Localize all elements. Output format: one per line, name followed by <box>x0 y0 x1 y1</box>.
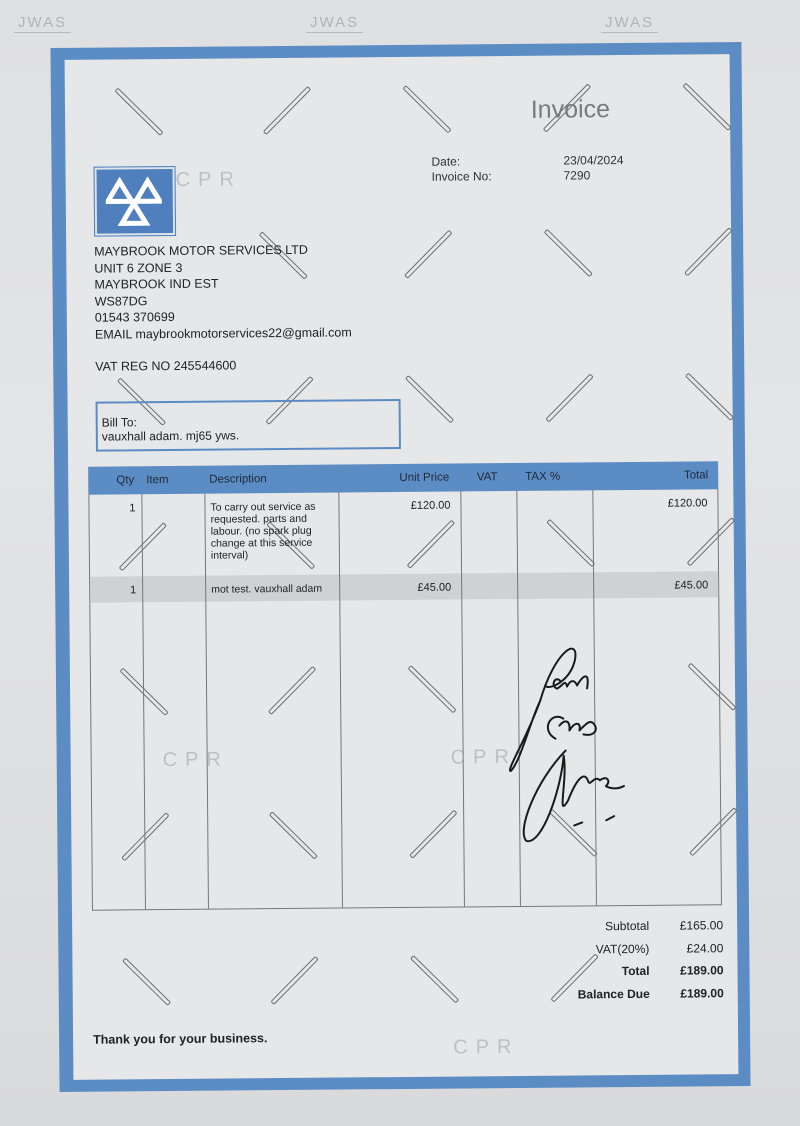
invoice-no-value: 7290 <box>564 168 591 183</box>
vat-label: VAT(20%) <box>596 942 660 957</box>
row-vat <box>460 499 517 573</box>
date-value: 23/04/2024 <box>563 153 623 169</box>
thank-you-message: Thank you for your business. <box>93 1031 267 1047</box>
total-value: £189.00 <box>659 963 723 978</box>
row-unit-price: £120.00 <box>338 499 461 574</box>
company-details: MAYBROOK MOTOR SERVICES LTD UNIT 6 ZONE … <box>94 241 352 342</box>
invoice-title: Invoice <box>531 95 610 125</box>
watermark-mark <box>404 230 452 279</box>
watermark-mark <box>114 88 163 136</box>
bill-to-box: Bill To: vauxhall adam. mj65 yws. <box>96 399 401 452</box>
invoice-no-label: Invoice No: <box>432 169 564 185</box>
watermark-mark <box>684 227 732 276</box>
watermark-mark <box>545 373 593 422</box>
table-row: 1 To carry out service as requested. par… <box>89 489 718 576</box>
balance-due-label: Balance Due <box>578 987 660 1002</box>
row-item <box>141 502 205 577</box>
watermark-mark <box>682 83 731 131</box>
column-header-tax: TAX % <box>515 470 591 483</box>
row-tax <box>516 498 593 573</box>
row-qty: 1 <box>89 502 142 576</box>
invoice-meta: Date: 23/04/2024 Invoice No: 7290 <box>431 153 623 185</box>
handwritten-paid-signature <box>495 630 637 851</box>
row-tax <box>517 580 593 593</box>
table-row: 1 mot test. vauxhall adam £45.00 £45.00 <box>90 571 718 602</box>
row-total: £120.00 <box>592 497 718 572</box>
watermark-logo: JWAS <box>310 14 359 31</box>
row-total: £45.00 <box>593 579 718 592</box>
column-header-vat: VAT <box>459 471 515 483</box>
watermark-logo: JWAS <box>18 14 67 31</box>
row-unit-price: £45.00 <box>339 581 461 594</box>
watermark-mark <box>402 85 451 133</box>
column-header-qty: Qty <box>88 474 140 486</box>
watermark-mark <box>685 373 734 421</box>
vat-value: £24.00 <box>659 941 723 956</box>
column-header-description: Description <box>203 473 337 486</box>
watermark-mark <box>270 956 318 1005</box>
watermark-mark <box>405 375 454 423</box>
watermark-stamp: CPR <box>176 168 242 192</box>
bill-to-value: vauxhall adam. mj65 yws. <box>102 427 399 444</box>
watermark-mark <box>122 958 171 1006</box>
watermark-mark <box>263 86 311 135</box>
date-label: Date: <box>431 154 563 170</box>
balance-due-value: £189.00 <box>660 986 724 1001</box>
row-vat <box>461 581 517 593</box>
subtotal-label: Subtotal <box>605 919 659 933</box>
subtotal-value: £165.00 <box>659 918 723 933</box>
watermark-mark <box>544 229 593 277</box>
column-header-total: Total <box>591 469 718 482</box>
column-header-item: Item <box>140 474 203 487</box>
row-qty: 1 <box>90 584 142 596</box>
company-email: EMAIL maybrookmotorservices22@gmail.com <box>95 324 352 343</box>
mot-triple-triangle-icon <box>106 175 162 227</box>
invoice-page: CPR CPR CPR CPR Invoice Date: 23/04/2024… <box>50 42 750 1092</box>
company-logo <box>95 167 176 236</box>
watermark-mark <box>410 955 459 1003</box>
watermark-logo: JWAS <box>605 14 654 31</box>
row-description: mot test. vauxhall adam <box>205 583 339 596</box>
totals-block: Subtotal£165.00 VAT(20%)£24.00 Total£189… <box>577 914 724 1005</box>
row-item <box>142 584 205 597</box>
total-label: Total <box>622 964 660 978</box>
vat-reg-number: VAT REG NO 245544600 <box>95 358 236 373</box>
watermark-stamp: CPR <box>453 1036 519 1060</box>
row-description: To carry out service as requested. parts… <box>204 501 339 576</box>
column-header-unit-price: Unit Price <box>337 471 459 484</box>
